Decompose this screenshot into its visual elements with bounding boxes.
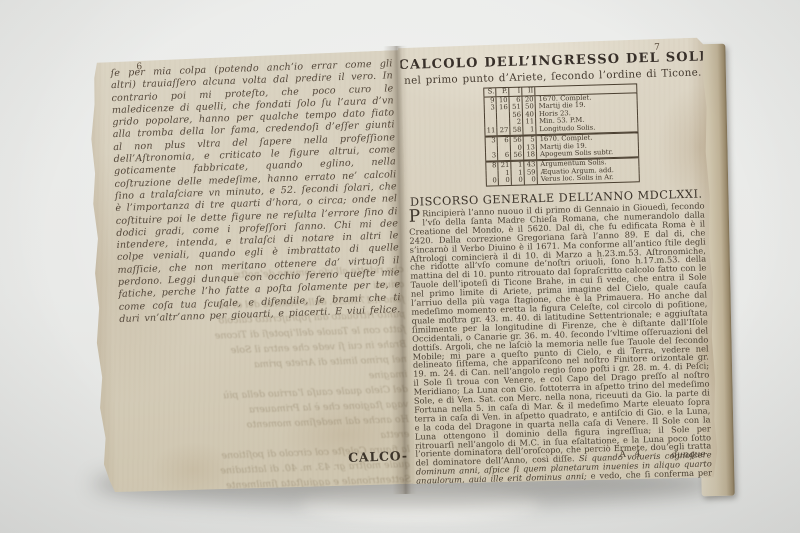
table-cell: 18 [524,151,537,159]
table-cell: 0 [499,177,512,185]
table-cell: 56 [511,152,524,160]
table-group-apogee: 3 6 56 5 1670. Complet. 0 13 Martij die … [485,133,640,160]
table-cell: 0 [512,177,525,185]
table-header-cell: P. [496,88,509,96]
table-group-argument: 8 21 1 43 Argumentum Solis. 1 1 59 Æquat… [485,158,640,185]
table-cell: 1 [523,126,536,134]
table-cell: 27 [497,127,510,135]
table-cell: 3 [485,152,498,160]
right-page: 7 CALCOLO DELL’INGRESSO DEL SOLE nel pri… [398,37,718,485]
body-segment: Rincipierà l’anno nuouo il di primo di G… [409,201,711,469]
table-cell: 6 [498,152,511,160]
table-group-longitude: 9 10 6 20 1670. Complet. 3 16 51 50 Mart… [483,93,638,135]
table-header-cell: II [522,87,535,95]
table-row: 0 0 0 0 Verus loc. Solis in Ar. [486,174,640,186]
table-cell: 58 [510,127,523,135]
body-segment: Tanto più [657,513,697,524]
table-cell: 0 [486,178,499,186]
right-page-catchword: dunque [671,450,706,461]
table-cell: 11 [484,127,497,135]
showthrough-text: che ridotte all’vſo comune de’noſtri ori… [212,262,412,509]
left-page: 6 ſe per mia colpa (potendo anch’io erra… [84,50,415,495]
table-header-cell: S. [483,88,496,96]
table-cell: Verus loc. Solis in Ar. [538,174,640,184]
sun-ingress-calculation-table: S. P. I II 9 10 6 20 1670. Complet. 3 16… [483,83,640,186]
photo-backdrop: 6 ſe per mia colpa (potendo anch’io erra… [0,0,800,533]
table-header-cell: I [509,88,522,96]
left-page-catchword: CALCO- [348,448,408,465]
table-cell: 0 [525,176,538,184]
signature-mark: A 4 [619,449,643,460]
drop-cap: P [409,209,423,225]
